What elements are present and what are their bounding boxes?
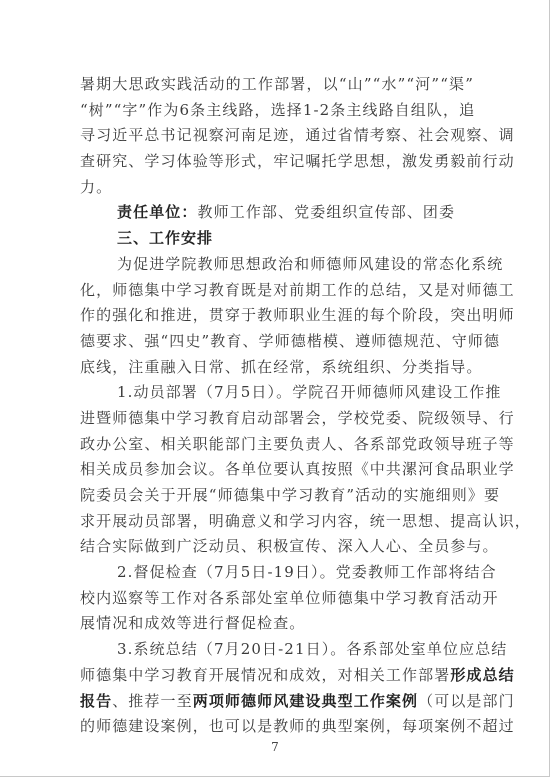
responsibility-line: 责任单位：教师工作部、党委组织宣传部、团委 bbox=[80, 200, 474, 226]
list-item-line: 政办公室、相关职能部门主要负责人、各系部党政领导班子等 bbox=[80, 432, 474, 458]
paragraph-line: 底线，注重融入日常、抓在经常，系统组织、分类指导。 bbox=[80, 355, 474, 381]
page-number: 7 bbox=[0, 740, 550, 754]
list-item-line: 报告、推荐一至两项师德师风建设典型工作案例（可以是部门 bbox=[80, 689, 474, 715]
section-heading: 三、工作安排 bbox=[80, 226, 474, 252]
list-item-line: 展情况和成效等进行督促检查。 bbox=[80, 611, 474, 637]
list-item-line: 师德集中学习教育开展情况和成效，对相关工作部署形成总结 bbox=[80, 663, 474, 689]
list-item-line: 相关成员参加会议。各单位要认真按照《中共漯河食品职业学 bbox=[80, 457, 474, 483]
document-page: 暑期大思政实践活动的工作部署，以“山”“水”“河”“渠” “树”“字”作为6条主… bbox=[0, 0, 550, 777]
responsibility-label: 责任单位： bbox=[117, 203, 198, 221]
bold-text-run: 报告 bbox=[80, 692, 112, 710]
list-item-line: 院委员会关于开展“师德集中学习教育”活动的实施细则》要 bbox=[80, 483, 474, 509]
paragraph-line: 德要求、强“四史”教育、学师德楷模、遵师德规范、守师德 bbox=[80, 329, 474, 355]
list-item-line: 校内巡察等工作对各系部处室单位师德集中学习教育活动开 bbox=[80, 586, 474, 612]
text-run: 师德集中学习教育开展情况和成效，对相关工作部署 bbox=[80, 666, 450, 684]
list-item-line: 的师德建设案例，也可以是教师的典型案例，每项案例不超过 bbox=[80, 714, 474, 740]
paragraph-line: 作的强化和推进，贯穿于教师职业生涯的每个阶段，突出明师 bbox=[80, 303, 474, 329]
document-body: 暑期大思政实践活动的工作部署，以“山”“水”“河”“渠” “树”“字”作为6条主… bbox=[80, 72, 474, 740]
paragraph-line: 化，师德集中学习教育既是对前期工作的总结，又是对师德工 bbox=[80, 278, 474, 304]
list-item-line: 1.动员部署（7月5日）。学院召开师德师风建设工作推 bbox=[80, 380, 474, 406]
text-run: （可以是部门 bbox=[418, 692, 515, 710]
paragraph-line: 寻习近平总书记视察河南足迹，通过省情考察、社会观察、调 bbox=[80, 123, 474, 149]
paragraph-line: 为促进学院教师思想政治和师德师风建设的常态化系统 bbox=[80, 252, 474, 278]
paragraph-line: “树”“字”作为6条主线路，选择1-2条主线路自组队，追 bbox=[80, 98, 474, 124]
bold-text-run: 两项师德师风建设典型工作案例 bbox=[193, 692, 418, 710]
list-item-line: 进暨师德集中学习教育启动部署会，学校党委、院级领导、行 bbox=[80, 406, 474, 432]
paragraph-line: 查研究、学习体验等形式，牢记嘱托学思想，激发勇毅前行动 bbox=[80, 149, 474, 175]
list-item-line: 求开展动员部署，明确意义和学习内容，统一思想、提高认识， bbox=[80, 509, 474, 535]
list-item-line: 结合实际做到广泛动员、积极宣传、深入人心、全员参与。 bbox=[80, 534, 474, 560]
responsibility-value: 教师工作部、党委组织宣传部、团委 bbox=[198, 203, 456, 221]
list-item-line: 2.督促检查（7月5日-19日）。党委教师工作部将结合 bbox=[80, 560, 474, 586]
paragraph-line: 力。 bbox=[80, 175, 474, 201]
bold-text-run: 形成总结 bbox=[450, 666, 514, 684]
list-item-line: 3.系统总结（7月20日-21日）。各系部处室单位应总结 bbox=[80, 637, 474, 663]
paragraph-line: 暑期大思政实践活动的工作部署，以“山”“水”“河”“渠” bbox=[80, 72, 474, 98]
text-run: 、推荐一至 bbox=[112, 692, 193, 710]
